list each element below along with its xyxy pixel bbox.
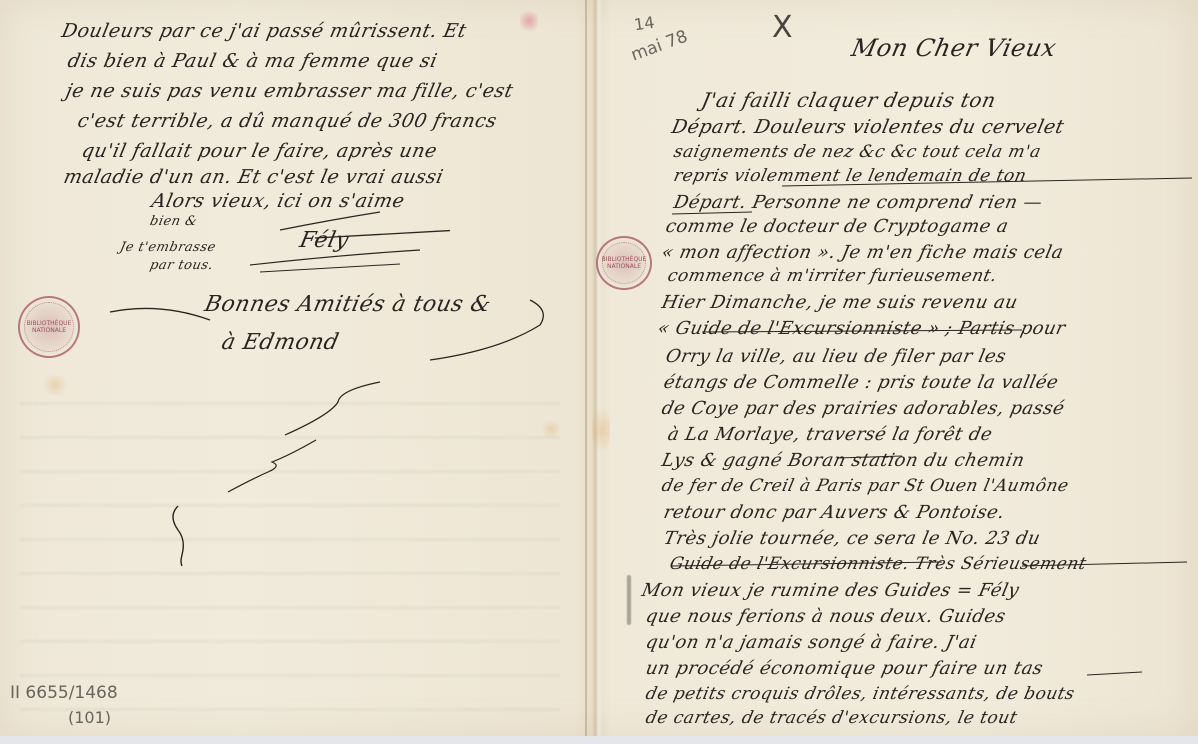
stamp-text: BIBLIOTHÈQUE NATIONALE <box>20 320 78 334</box>
library-stamp: BIBLIOTHÈQUE NATIONALE <box>596 236 652 290</box>
letter-line: je ne suis pas venu embrasser ma fille, … <box>64 80 516 102</box>
stamp-text: BIBLIOTHÈQUE NATIONALE <box>598 256 650 270</box>
closing-embrace: par tous. <box>148 258 214 273</box>
scan-border <box>0 736 1198 744</box>
letter-line: Douleurs par ce j'ai passé mûrissent. Et <box>60 20 469 42</box>
signature-flourish <box>220 200 450 280</box>
letter-line: c'est terrible, a dû manqué de 300 franc… <box>76 110 499 132</box>
pencil-margin-mark <box>627 575 631 625</box>
call-number: II 6655/1468 <box>10 683 118 703</box>
letter-line: dis bien à Paul & à ma femme que si <box>66 50 440 72</box>
postscript-flourish <box>100 290 560 380</box>
underlines <box>602 0 1198 736</box>
letter-line: maladie d'un an. Et c'est le vrai aussi <box>62 166 446 188</box>
pen-squiggle <box>160 380 400 580</box>
call-number-sub: (101) <box>68 708 111 727</box>
library-stamp: BIBLIOTHÈQUE NATIONALE <box>18 296 80 358</box>
closing-bien: bien & <box>148 214 198 229</box>
left-page: Douleurs par ce j'ai passé mûrissent. Et… <box>0 0 590 736</box>
closing-embrace: Je t'embrasse <box>118 240 217 255</box>
letter-line: qu'il fallait pour le faire, après une <box>80 140 440 162</box>
right-page: 14 mai 78 X Mon Cher Vieux J'ai failli c… <box>602 0 1198 736</box>
center-fold <box>592 0 602 736</box>
